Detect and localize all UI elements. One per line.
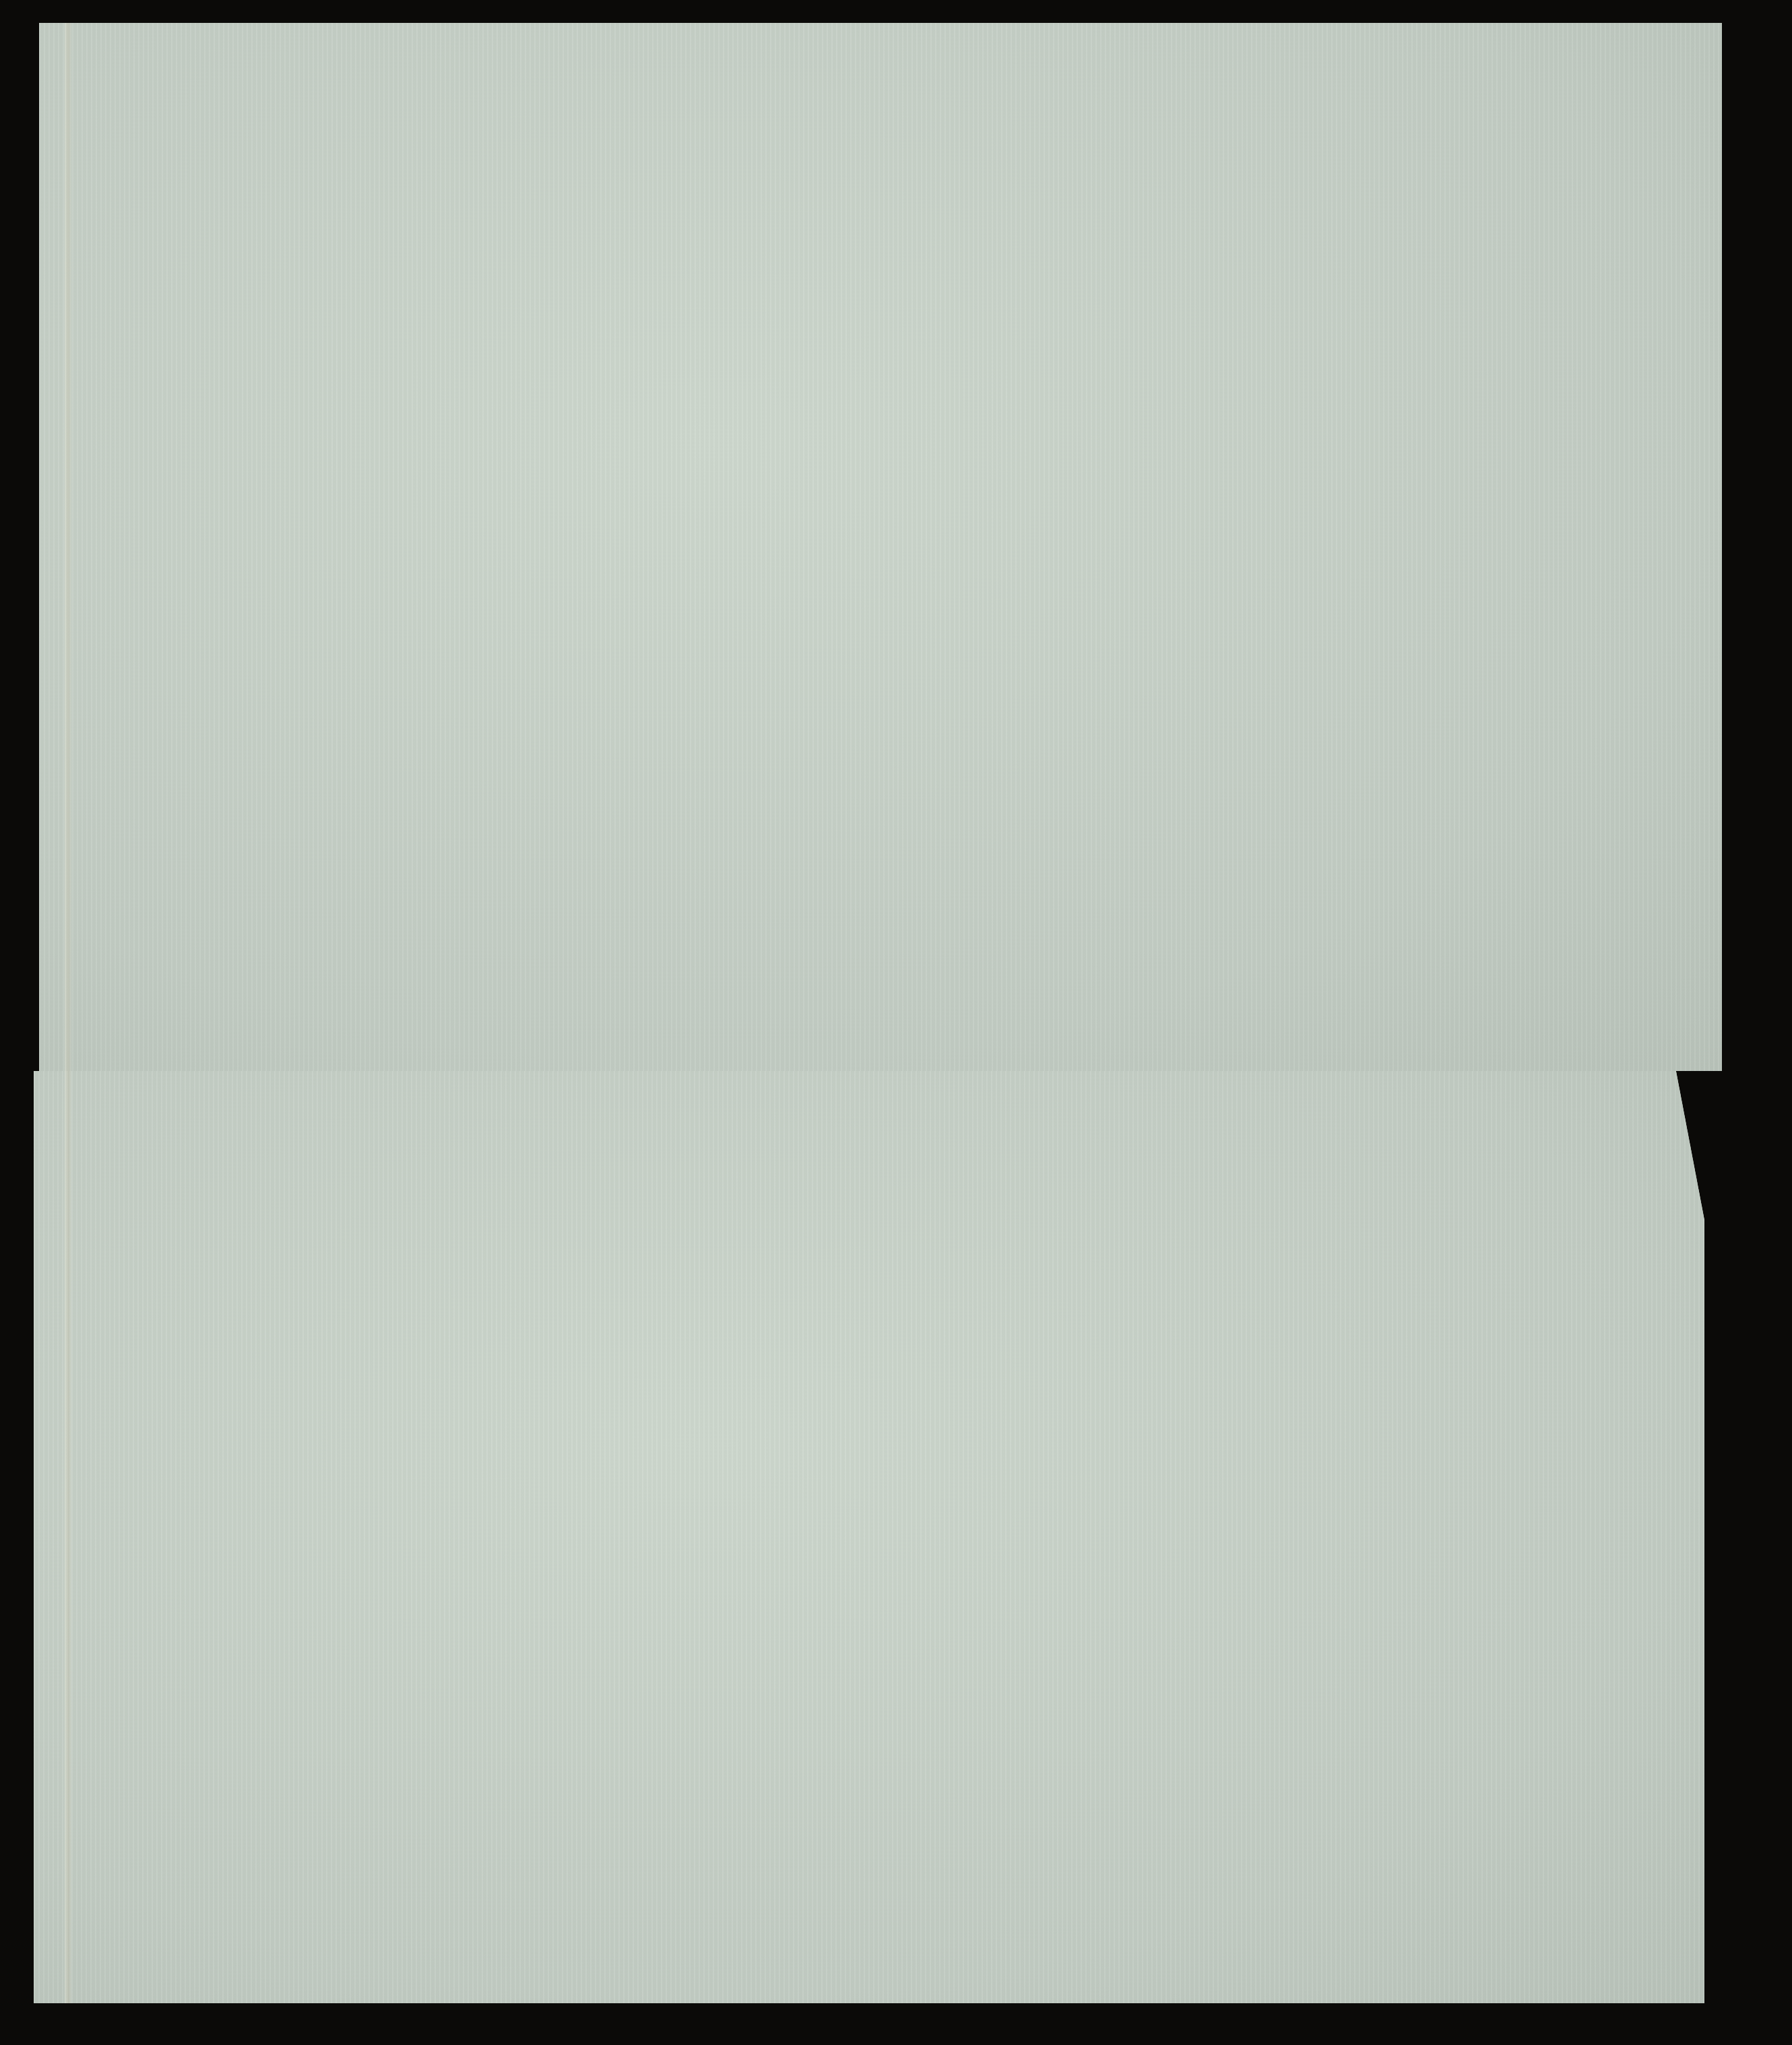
letter-page-upper — [39, 23, 1722, 1071]
letter-page-lower — [34, 1071, 1704, 2003]
fold-crease — [65, 23, 71, 2003]
